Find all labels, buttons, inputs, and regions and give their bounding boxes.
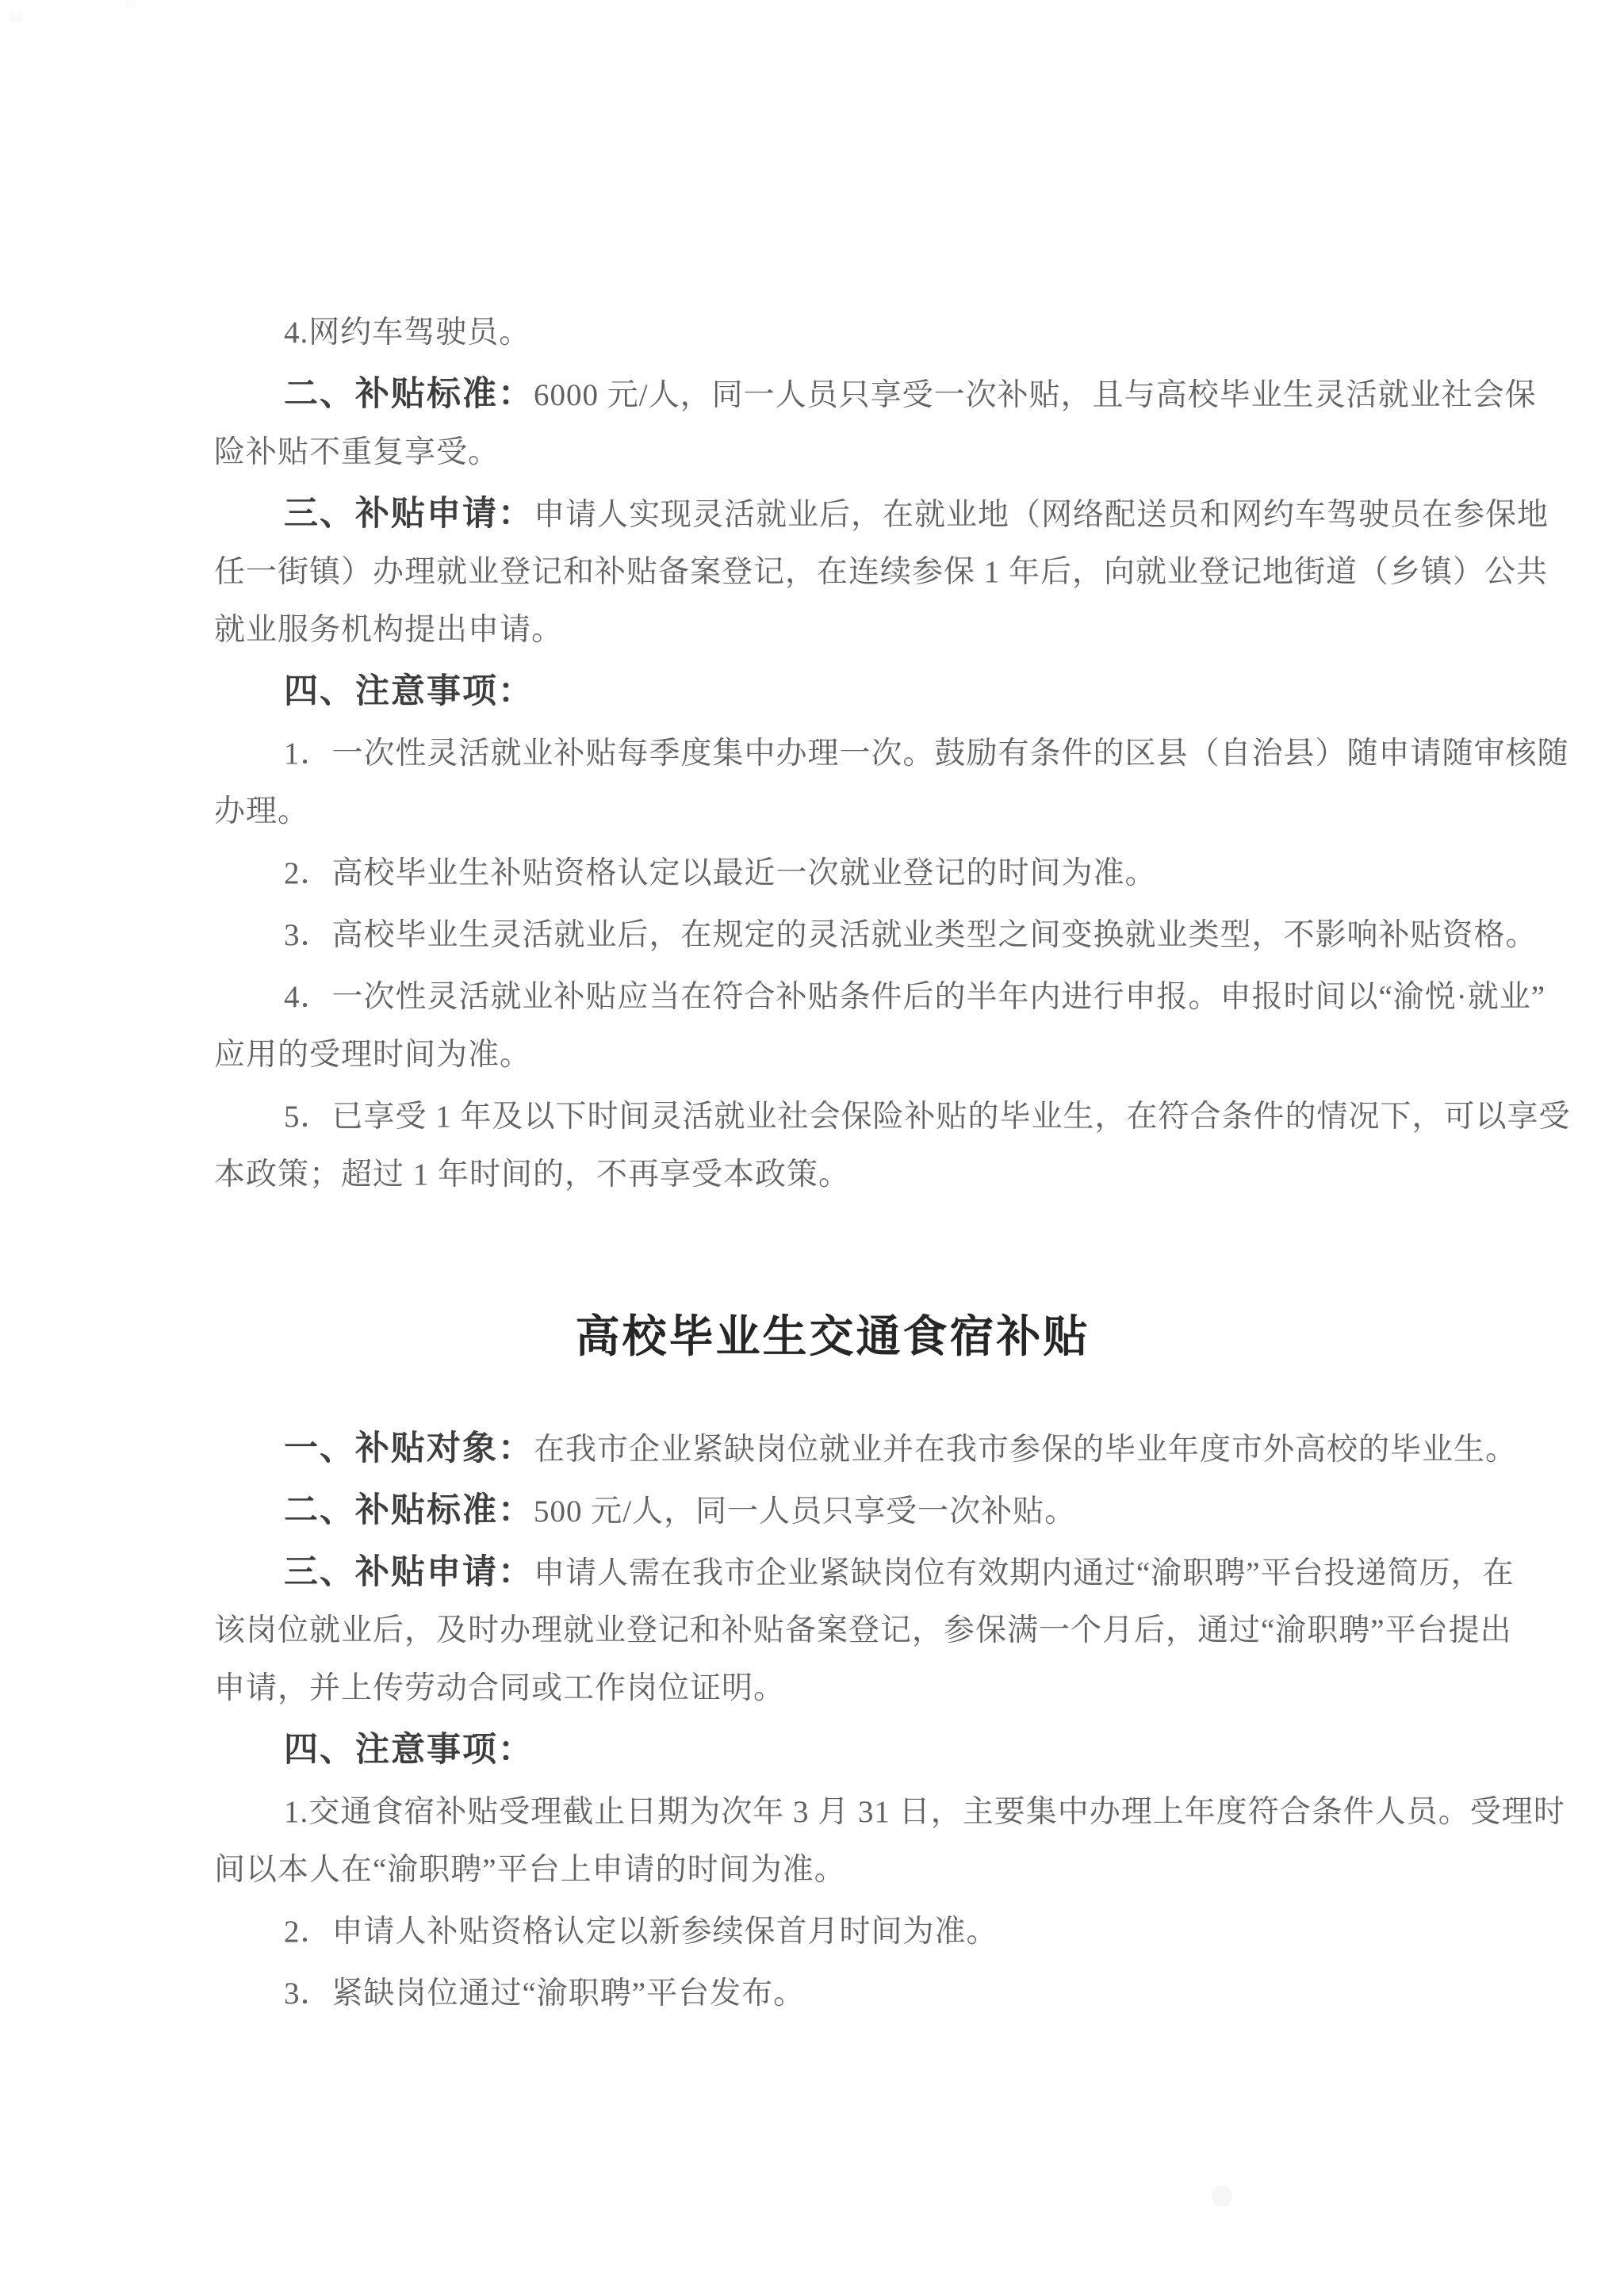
paragraph: 四、注意事项： [214, 663, 1451, 721]
text-run: 任一街镇）办理就业登记和补贴备案登记，在连续参保 1 年后，向就业登记地街道（乡… [214, 555, 1548, 589]
paragraph-lead: 一、补贴对象： [284, 1429, 534, 1468]
text-run: 该岗位就业后，及时办理就业登记和补贴备案登记，参保满一个月后，通过“渝职聘”平台… [214, 1613, 1512, 1647]
text-line: 险补贴不重复享受。 [214, 423, 1451, 481]
paragraph: 3．高校毕业生灵活就业后，在规定的灵活就业类型之间变换就业类型，不影响补贴资格。 [214, 906, 1451, 964]
text-run: 申请人需在我市企业紧缺岗位有效期内通过“渝职聘”平台投递简历，在 [534, 1556, 1515, 1590]
text-run: 4．一次性灵活就业补贴应当在符合补贴条件后的半年内进行申报。申报时间以“渝悦·就… [284, 980, 1545, 1014]
paragraph: 四、注意事项： [214, 1721, 1451, 1779]
paragraph: 1.交通食宿补贴受理截止日期为次年 3 月 31 日，主要集中办理上年度符合条件… [214, 1783, 1451, 1899]
paragraph-lead: 三、补贴申请： [284, 1553, 534, 1591]
text-run: 1.交通食宿补贴受理截止日期为次年 3 月 31 日，主要集中办理上年度符合条件… [284, 1795, 1565, 1829]
text-line: 4．一次性灵活就业补贴应当在符合补贴条件后的半年内进行申报。申报时间以“渝悦·就… [214, 968, 1451, 1026]
text-run: 1．一次性灵活就业补贴每季度集中办理一次。鼓励有条件的区县（自治县）随申请随审核… [284, 737, 1569, 771]
text-line: 四、注意事项： [214, 1721, 1451, 1779]
paragraph: 三、补贴申请：申请人实现灵活就业后，在就业地（网络配送员和网约车驾驶员在参保地任… [214, 485, 1451, 659]
paragraph: 三、补贴申请：申请人需在我市企业紧缺岗位有效期内通过“渝职聘”平台投递简历，在该… [214, 1544, 1451, 1717]
scan-artifact [10, 11, 22, 22]
paragraph-lead: 四、注意事项： [284, 1731, 534, 1769]
text-line: 二、补贴标准：500 元/人，同一人员只享受一次补贴。 [214, 1482, 1451, 1540]
paragraph: 一、补贴对象：在我市企业紧缺岗位就业并在我市参保的毕业年度市外高校的毕业生。 [214, 1420, 1451, 1478]
text-run: 险补贴不重复享受。 [214, 435, 500, 469]
document-body: 4.网约车驾驶员。二、补贴标准：6000 元/人，同一人员只享受一次补贴，且与高… [0, 0, 1624, 2296]
text-run: 3．高校毕业生灵活就业后，在规定的灵活就业类型之间变换就业类型，不影响补贴资格。 [284, 918, 1538, 952]
text-line: 任一街镇）办理就业登记和补贴备案登记，在连续参保 1 年后，向就业登记地街道（乡… [214, 543, 1451, 601]
paragraph: 4.网约车驾驶员。 [214, 304, 1451, 362]
text-line: 3．高校毕业生灵活就业后，在规定的灵活就业类型之间变换就业类型，不影响补贴资格。 [214, 906, 1451, 964]
scan-artifact [125, 0, 136, 8]
text-line: 应用的受理时间为准。 [214, 1026, 1451, 1084]
text-run: 5．已享受 1 年及以下时间灵活就业社会保险补贴的毕业生，在符合条件的情况下，可… [284, 1100, 1571, 1134]
text-run: 4.网约车驾驶员。 [284, 316, 530, 350]
text-line: 2．申请人补贴资格认定以新参续保首月时间为准。 [214, 1903, 1451, 1961]
text-line: 三、补贴申请：申请人实现灵活就业后，在就业地（网络配送员和网约车驾驶员在参保地 [214, 485, 1451, 543]
text-line: 3．紧缺岗位通过“渝职聘”平台发布。 [214, 1965, 1451, 2022]
paragraph: 5．已享受 1 年及以下时间灵活就业社会保险补贴的毕业生，在符合条件的情况下，可… [214, 1088, 1451, 1203]
text-line: 本政策；超过 1 年时间的，不再享受本政策。 [214, 1146, 1451, 1203]
text-line: 办理。 [214, 783, 1451, 840]
scan-artifact [1212, 2185, 1232, 2207]
text-line: 间以本人在“渝职聘”平台上申请的时间为准。 [214, 1841, 1451, 1899]
text-run: 就业服务机构提出申请。 [214, 613, 563, 647]
paragraph: 2．申请人补贴资格认定以新参续保首月时间为准。 [214, 1903, 1451, 1961]
text-line: 四、注意事项： [214, 663, 1451, 721]
text-line: 二、补贴标准：6000 元/人，同一人员只享受一次补贴，且与高校毕业生灵活就业社… [214, 365, 1451, 423]
text-run: 3．紧缺岗位通过“渝职聘”平台发布。 [284, 1976, 805, 2011]
paragraph: 3．紧缺岗位通过“渝职聘”平台发布。 [214, 1965, 1451, 2022]
text-line: 2．高校毕业生补贴资格认定以最近一次就业登记的时间为准。 [214, 844, 1451, 902]
text-run: 应用的受理时间为准。 [214, 1038, 531, 1072]
paragraph-lead: 二、补贴标准： [284, 375, 534, 413]
text-run: 6000 元/人，同一人员只享受一次补贴，且与高校毕业生灵活就业社会保 [534, 378, 1537, 412]
text-run: 2．高校毕业生补贴资格认定以最近一次就业登记的时间为准。 [284, 856, 1157, 890]
text-run: 500 元/人，同一人员只享受一次补贴。 [534, 1494, 1076, 1529]
text-run: 本政策；超过 1 年时间的，不再享受本政策。 [214, 1158, 850, 1192]
text-line: 1．一次性灵活就业补贴每季度集中办理一次。鼓励有条件的区县（自治县）随申请随审核… [214, 725, 1451, 783]
text-run: 间以本人在“渝职聘”平台上申请的时间为准。 [214, 1853, 846, 1887]
text-line: 一、补贴对象：在我市企业紧缺岗位就业并在我市参保的毕业年度市外高校的毕业生。 [214, 1420, 1451, 1478]
paragraph-lead: 二、补贴标准： [284, 1491, 534, 1529]
paragraph: 1．一次性灵活就业补贴每季度集中办理一次。鼓励有条件的区县（自治县）随申请随审核… [214, 725, 1451, 840]
text-run: 申请，并上传劳动合同或工作岗位证明。 [214, 1671, 785, 1705]
text-line: 该岗位就业后，及时办理就业登记和补贴备案登记，参保满一个月后，通过“渝职聘”平台… [214, 1601, 1451, 1659]
paragraph: 二、补贴标准：500 元/人，同一人员只享受一次补贴。 [214, 1482, 1451, 1540]
text-run: 在我市企业紧缺岗位就业并在我市参保的毕业年度市外高校的毕业生。 [534, 1433, 1517, 1467]
text-run: 2．申请人补贴资格认定以新参续保首月时间为准。 [284, 1915, 998, 1949]
paragraph: 二、补贴标准：6000 元/人，同一人员只享受一次补贴，且与高校毕业生灵活就业社… [214, 365, 1451, 481]
text-line: 就业服务机构提出申请。 [214, 601, 1451, 659]
text-line: 5．已享受 1 年及以下时间灵活就业社会保险补贴的毕业生，在符合条件的情况下，可… [214, 1088, 1451, 1146]
text-line: 1.交通食宿补贴受理截止日期为次年 3 月 31 日，主要集中办理上年度符合条件… [214, 1783, 1451, 1841]
text-run: 办理。 [214, 794, 309, 828]
text-run: 申请人实现灵活就业后，在就业地（网络配送员和网约车驾驶员在参保地 [534, 498, 1549, 532]
text-line: 三、补贴申请：申请人需在我市企业紧缺岗位有效期内通过“渝职聘”平台投递简历，在 [214, 1544, 1451, 1601]
scanned-document-page: { "page": { "width": 2048, "height": 289… [0, 0, 1624, 2296]
paragraph-lead: 三、补贴申请： [284, 495, 534, 533]
text-line: 申请，并上传劳动合同或工作岗位证明。 [214, 1659, 1451, 1717]
text-line: 4.网约车驾驶员。 [214, 304, 1451, 362]
paragraph-lead: 四、注意事项： [284, 672, 534, 710]
section-title: 高校毕业生交通食宿补贴 [214, 1301, 1451, 1372]
paragraph: 2．高校毕业生补贴资格认定以最近一次就业登记的时间为准。 [214, 844, 1451, 902]
paragraph: 4．一次性灵活就业补贴应当在符合补贴条件后的半年内进行申报。申报时间以“渝悦·就… [214, 968, 1451, 1084]
